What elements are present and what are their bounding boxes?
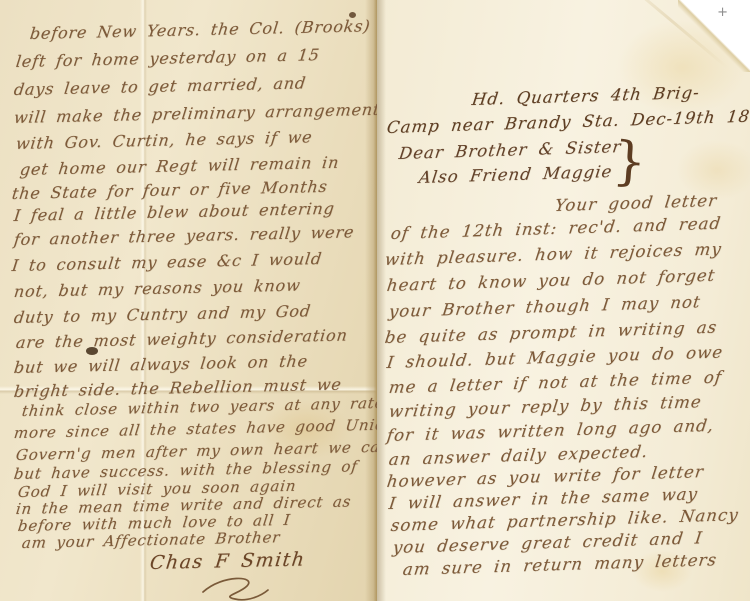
handwritten-line: with Gov. Curtin, he says if we	[15, 127, 314, 153]
handwritten-line: but we will always look on the	[13, 351, 309, 377]
page-edge	[365, 0, 377, 601]
signature-flourish	[195, 576, 275, 601]
letter-page-left: before New Years. the Col. (Brooks) left…	[0, 0, 377, 601]
page-edge-shadow	[377, 0, 386, 601]
letter-scan: before New Years. the Col. (Brooks) left…	[0, 0, 750, 601]
handwritten-line: I should. but Maggie you do owe	[386, 342, 725, 372]
handwritten-line: Your good letter	[554, 191, 718, 215]
handwritten-line: get home our Regt will remain in	[19, 153, 340, 179]
handwritten-line: days leave to get married, and	[13, 73, 307, 99]
handwritten-line: left for home yesterday on a 15	[15, 45, 321, 71]
letter-salutation: Also Friend Maggie	[418, 162, 614, 187]
handwritten-line: before New Years. the Col. (Brooks)	[29, 16, 372, 43]
handwritten-line: not, but my reasons you know	[13, 276, 302, 301]
letter-page-right: + Hd. Quarters 4th Brig- Camp near Brand…	[377, 0, 750, 601]
brace-mark: }	[611, 131, 648, 193]
registration-plus-mark: +	[717, 5, 728, 20]
folded-corner	[678, 0, 750, 72]
handwritten-line: for it was written long ago and,	[386, 416, 716, 445]
handwritten-line: I to consult my ease &c I would	[11, 249, 323, 275]
letter-heading-line: Camp near Brandy Sta. Dec-19th 1863	[386, 106, 750, 137]
handwritten-line: your Brother though I may not	[388, 292, 702, 321]
handwritten-line: with pleasure. how it rejoices my	[384, 239, 723, 269]
handwritten-line: I feal a little blew about entering	[13, 199, 336, 225]
letter-salutation: Dear Brother & Sister	[398, 137, 623, 163]
handwritten-line: for another three years. really were	[13, 222, 356, 249]
handwritten-line: of the 12th inst: rec'd. and read	[390, 214, 723, 243]
signature: Chas F Smith	[149, 548, 307, 574]
handwritten-line: heart to know you do not forget	[386, 266, 717, 295]
handwritten-line: will make the preliminary arrangements	[13, 100, 391, 127]
handwritten-line: duty to my Cuntry and my God	[13, 301, 312, 327]
handwritten-line: are the most weighty consideration	[15, 325, 349, 351]
handwritten-line: be quite as prompt in writing as	[384, 318, 719, 347]
